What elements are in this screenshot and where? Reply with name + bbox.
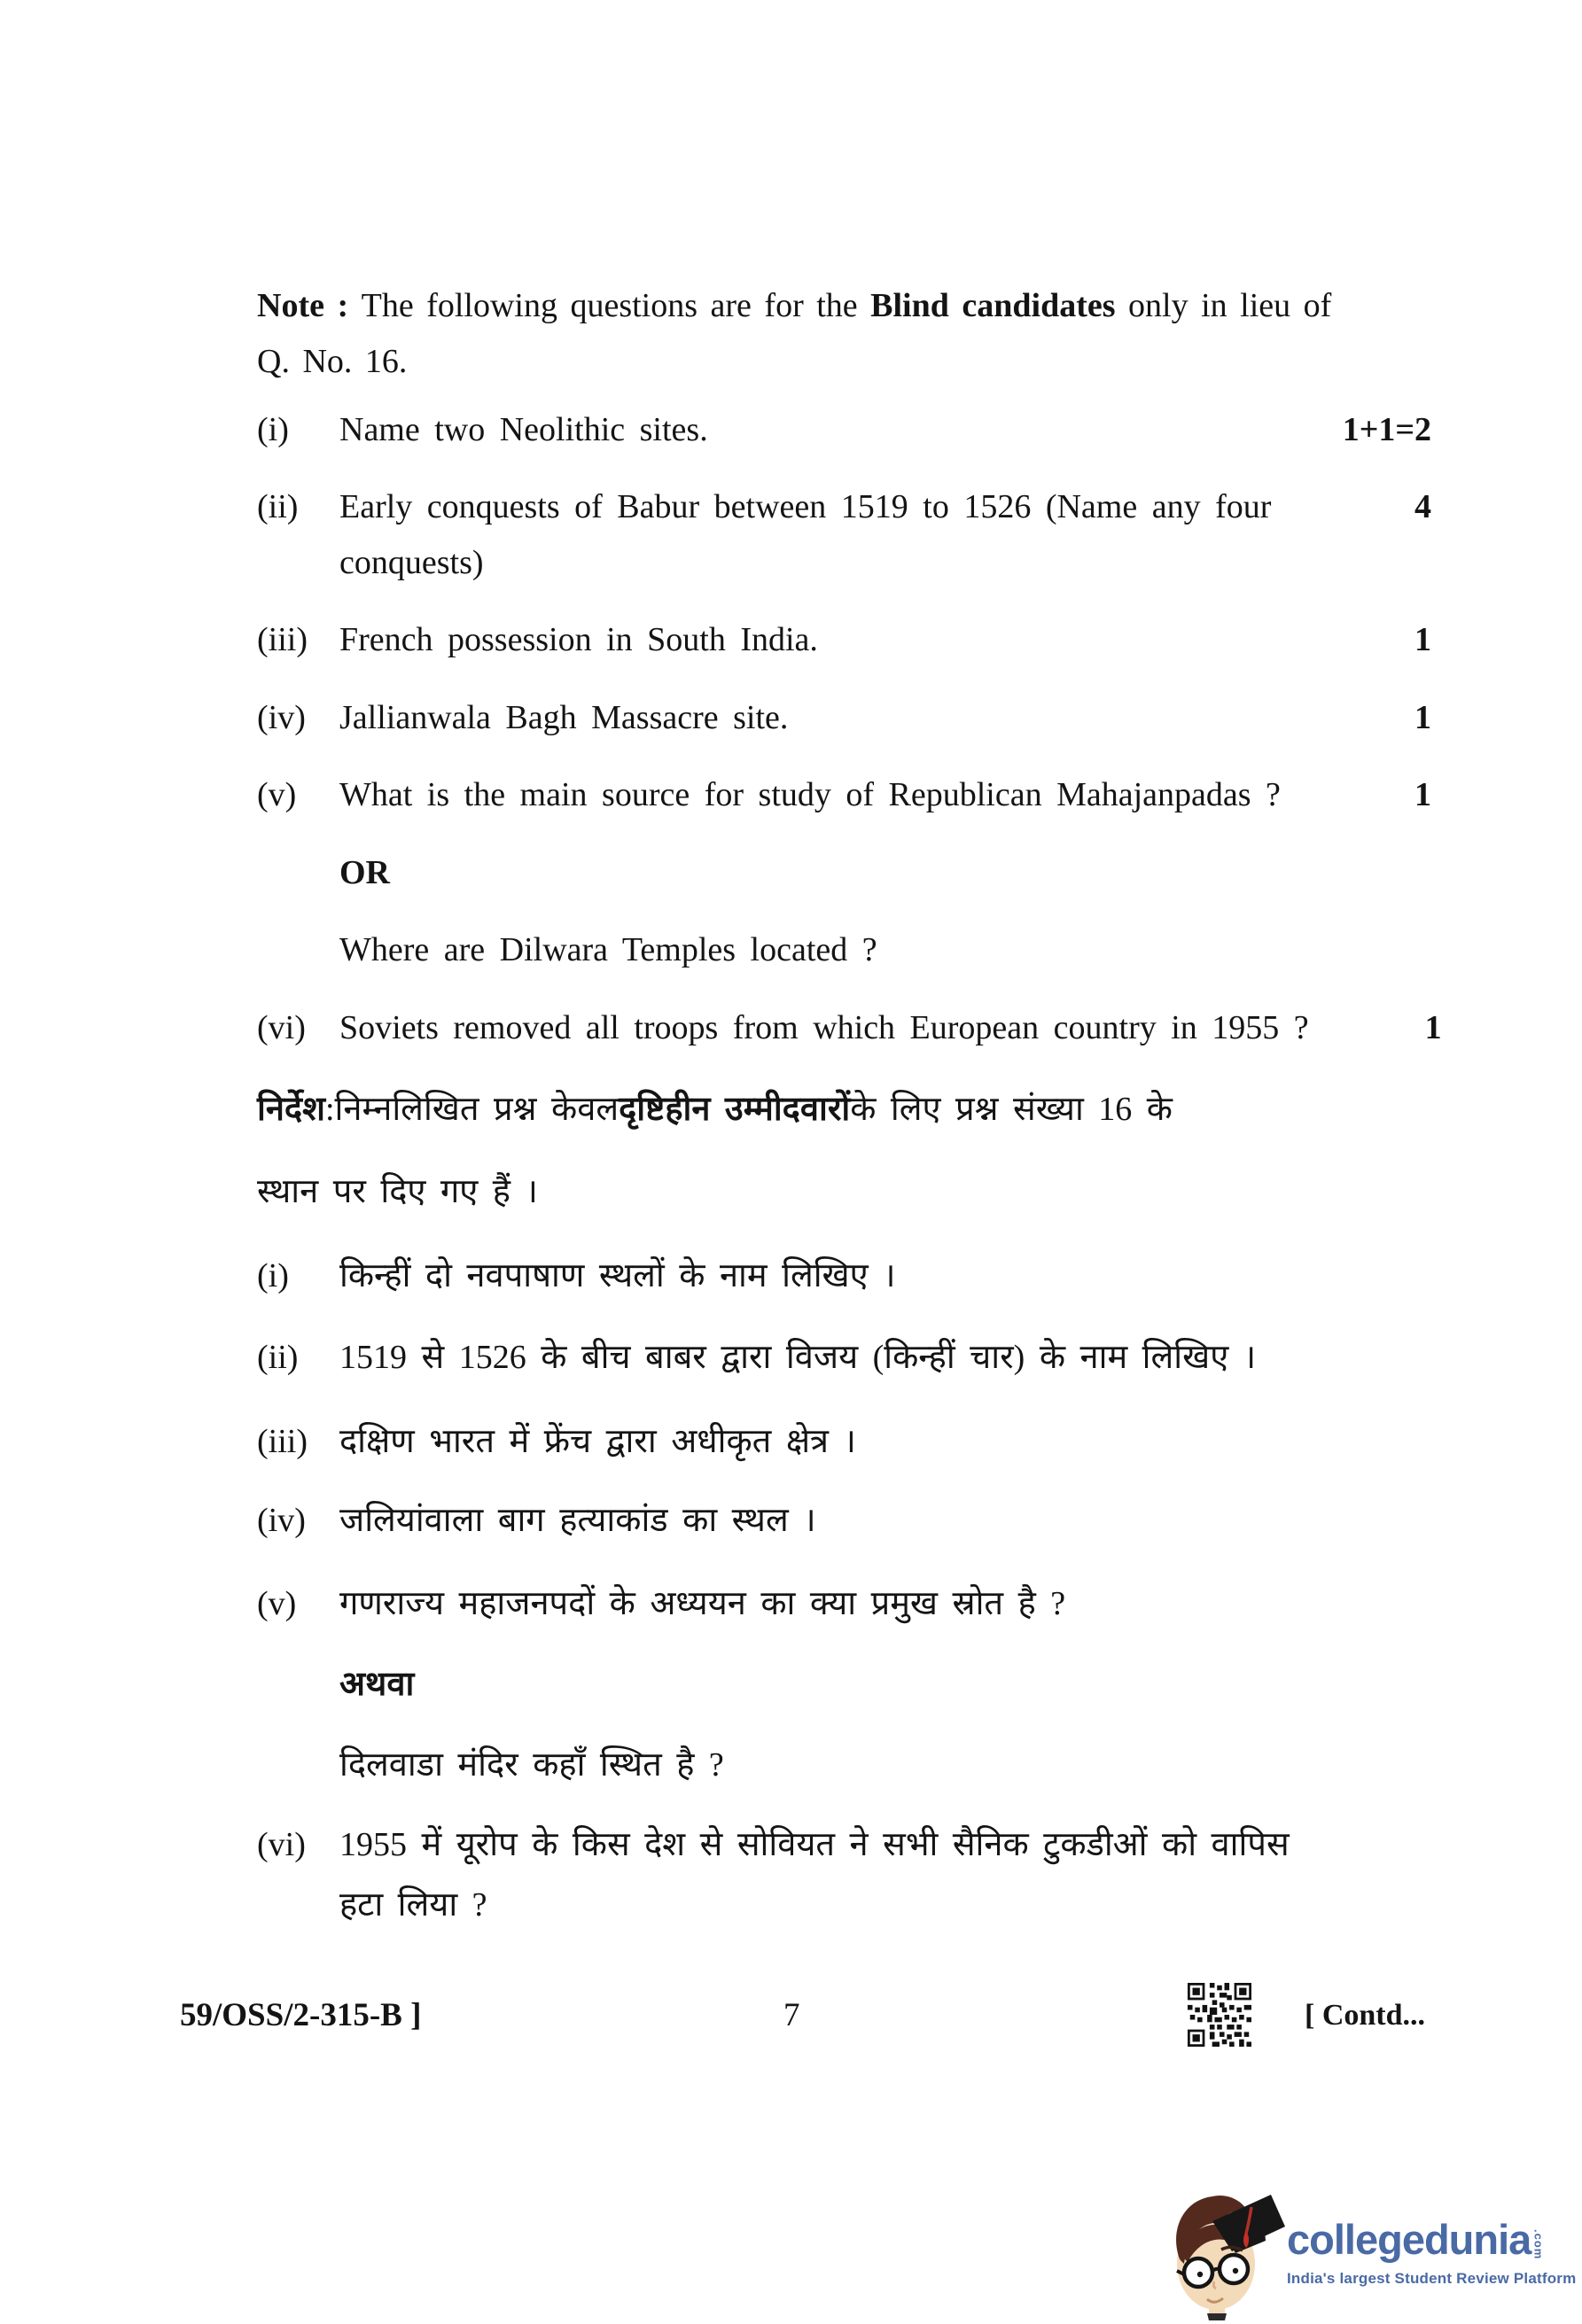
graduate-boy-mascot-icon — [1168, 2182, 1285, 2322]
question-number: (vi) — [257, 1816, 339, 1873]
question-marks: 1 — [1298, 689, 1431, 746]
or-label: OR — [257, 844, 1431, 901]
direction-text-1: निम्नलिखित प्रश्न केवल — [335, 1081, 620, 1138]
question-row-hi-i: (i) किन्हीं दो नवपाषाण स्थलों के नाम लिख… — [257, 1247, 1431, 1304]
question-text: दिलवाडा मंदिर कहाँ स्थित है ? — [257, 1737, 1431, 1793]
question-text: दक्षिण भारत में फ्रेंच द्वारा अधीकृत क्ष… — [339, 1413, 1431, 1470]
or-label: अथवा — [257, 1656, 1431, 1713]
question-row-en-ii: (ii) Early conquests of Babur between 15… — [257, 478, 1431, 535]
direction-bold-2: दृष्टिहीन उम्मीदवारों — [619, 1081, 850, 1138]
direction-text-2: के लिए प्रश्न संख्या 16 के — [850, 1081, 1173, 1138]
question-marks: 1 — [1298, 766, 1431, 823]
question-marks: 1+1=2 — [1298, 401, 1431, 458]
question-text: किन्हीं दो नवपाषाण स्थलों के नाम लिखिए । — [339, 1247, 1431, 1304]
question-number: (vi) — [257, 999, 339, 1056]
direction-line2-text: स्थान पर दिए गए हैं । — [257, 1163, 538, 1220]
question-row-hi-v-alt: दिलवाडा मंदिर कहाँ स्थित है ? — [257, 1737, 1431, 1793]
brand-tagline: India's largest Student Review Platform — [1287, 2270, 1579, 2288]
question-row-en-ii-line2: conquests) — [257, 534, 1431, 591]
note-text-after: only in lieu of — [1128, 277, 1331, 334]
hindi-direction-line-2: स्थान पर दिए गए हैं । — [257, 1163, 1431, 1220]
question-number: (iv) — [257, 1492, 339, 1549]
direction-colon: : — [325, 1081, 335, 1138]
question-number: (i) — [257, 1247, 339, 1304]
question-number: (iv) — [257, 689, 339, 746]
question-row-en-i: (i) Name two Neolithic sites. 1+1=2 — [257, 401, 1431, 458]
question-text: जलियांवाला बाग हत्याकांड का स्थल । — [339, 1492, 1431, 1549]
question-number: (iii) — [257, 611, 339, 668]
question-number: (ii) — [257, 478, 339, 535]
question-text: 1955 में यूरोप के किस देश से सोवियत ने स… — [339, 1816, 1431, 1873]
question-number: (v) — [257, 766, 339, 823]
question-row-en-iii: (iii) French possession in South India. … — [257, 611, 1431, 668]
question-row-hi-v: (v) गणराज्य महाजनपदों के अध्ययन का क्या … — [257, 1575, 1431, 1632]
question-text: Name two Neolithic sites. — [339, 401, 1298, 458]
question-text: Jallianwala Bagh Massacre site. — [339, 689, 1298, 746]
question-text: गणराज्य महाजनपदों के अध्ययन का क्या प्रम… — [339, 1575, 1431, 1632]
question-marks: 4 — [1298, 478, 1431, 535]
collegedunia-logo: collegedunia .com India's largest Studen… — [1287, 2217, 1579, 2288]
note-line-2: Q. No. 16. — [257, 333, 1431, 390]
question-row-hi-vi-line2: हटा लिया ? — [257, 1877, 1431, 1933]
question-text-continued: हटा लिया ? — [257, 1877, 1431, 1933]
question-number: (v) — [257, 1575, 339, 1632]
question-row-hi-ii: (ii) 1519 से 1526 के बीच बाबर द्वारा विज… — [257, 1329, 1431, 1386]
question-row-hi-iv: (iv) जलियांवाला बाग हत्याकांड का स्थल । — [257, 1492, 1431, 1549]
question-row-en-vi: (vi) Soviets removed all troops from whi… — [257, 999, 1431, 1056]
question-row-hi-vi: (vi) 1955 में यूरोप के किस देश से सोवियत… — [257, 1816, 1431, 1873]
question-text: French possession in South India. — [339, 611, 1298, 668]
exam-paper-page: Note : The following questions are for t… — [0, 0, 1582, 2324]
question-row-en-iv: (iv) Jallianwala Bagh Massacre site. 1 — [257, 689, 1431, 746]
question-number: (ii) — [257, 1329, 339, 1386]
brand-name: collegedunia — [1287, 2217, 1531, 2263]
contd-label: [ Contd... — [1305, 1987, 1425, 2044]
question-number: (i) — [257, 401, 339, 458]
note-bold-text: Blind candidates — [870, 277, 1115, 334]
note-line-1: Note : The following questions are for t… — [257, 277, 1431, 334]
question-marks: 1 — [1298, 611, 1431, 668]
paper-code: 59/OSS/2-315-B ] — [180, 1987, 421, 2044]
question-row-en-v-alt: Where are Dilwara Temples located ? — [257, 921, 1431, 978]
question-text: What is the main source for study of Rep… — [339, 766, 1298, 823]
hindi-direction-line-1: निर्देश : निम्नलिखित प्रश्न केवल दृष्टिह… — [257, 1081, 1431, 1138]
question-row-en-v: (v) What is the main source for study of… — [257, 766, 1431, 823]
direction-label: निर्देश — [257, 1081, 325, 1138]
or-separator-en: OR — [257, 844, 1431, 901]
question-text: Soviets removed all troops from which Eu… — [339, 999, 1309, 1056]
page-number: 7 — [783, 1987, 800, 2044]
question-text: Early conquests of Babur between 1519 to… — [339, 478, 1298, 535]
note-text-before: The following questions are for the — [362, 277, 858, 334]
or-separator-hi: अथवा — [257, 1656, 1431, 1713]
brand-tld: .com — [1531, 2229, 1545, 2259]
question-text-continued: conquests) — [257, 534, 1431, 591]
note-label: Note : — [257, 277, 348, 334]
question-number: (iii) — [257, 1413, 339, 1470]
note-line2-text: Q. No. 16. — [257, 333, 407, 390]
question-marks: 1 — [1309, 999, 1442, 1056]
question-text: 1519 से 1526 के बीच बाबर द्वारा विजय (कि… — [339, 1329, 1431, 1386]
question-text: Where are Dilwara Temples located ? — [257, 921, 1431, 978]
question-row-hi-iii: (iii) दक्षिण भारत में फ्रेंच द्वारा अधीक… — [257, 1413, 1431, 1470]
qr-code-icon — [1188, 1983, 1251, 2047]
